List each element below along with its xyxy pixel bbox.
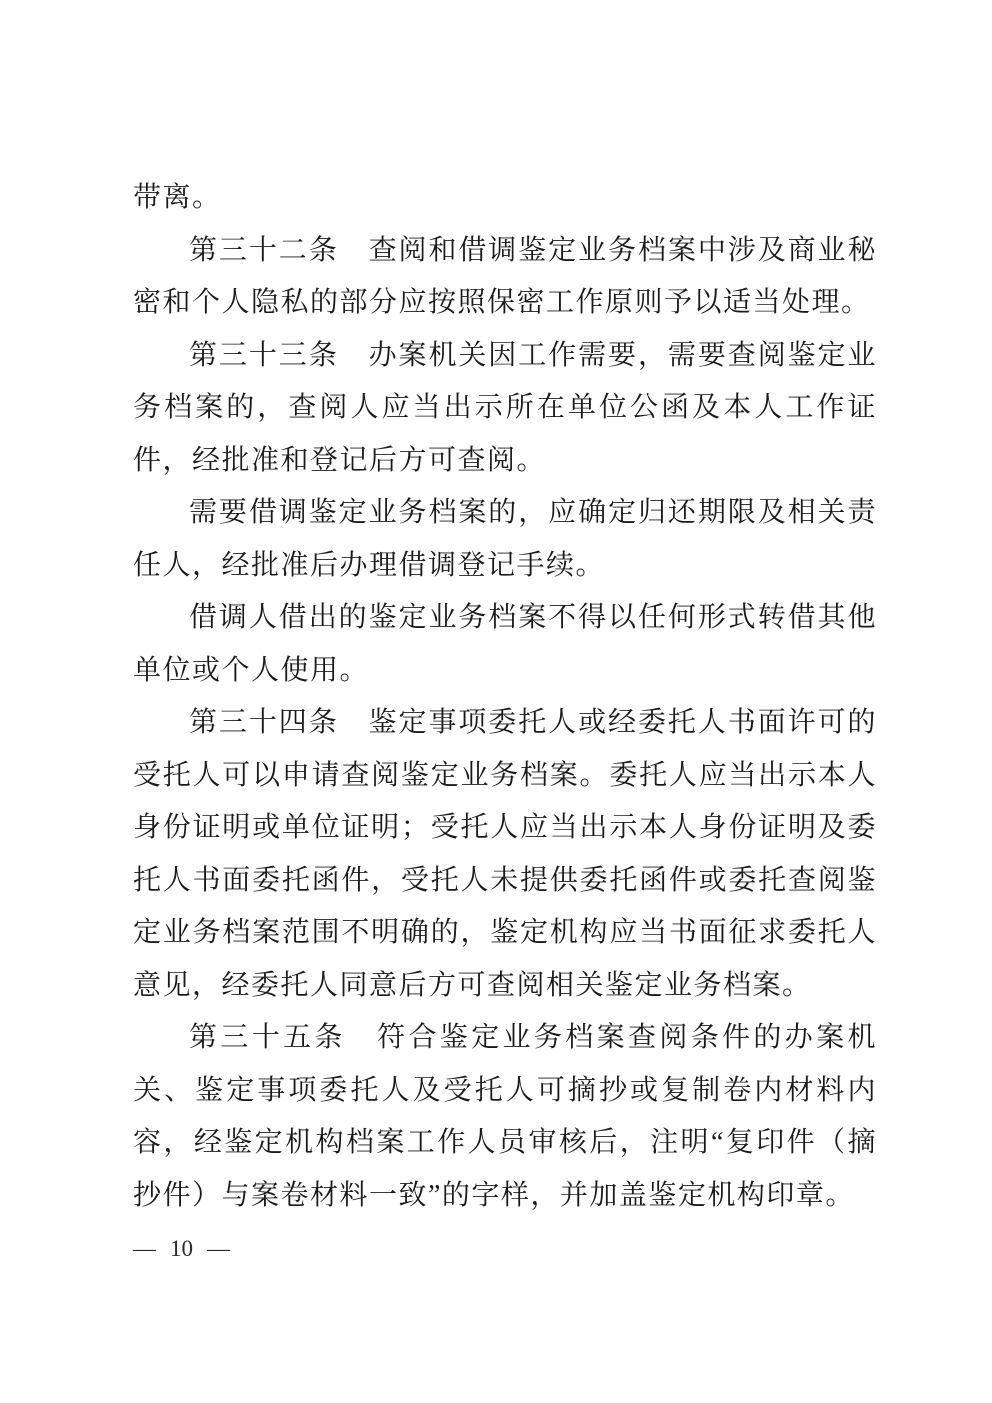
document-page: 带离。 第三十二条 查阅和借调鉴定业务档案中涉及商业秘密和个人隐私的部分应按照保… (0, 0, 992, 1403)
paragraph-article-33: 第三十三条 办案机关因工作需要，需要查阅鉴定业务档案的，查阅人应当出示所在单位公… (133, 330, 877, 488)
paragraph-carryover: 带离。 (133, 172, 877, 225)
paragraph-article-34: 第三十四条 鉴定事项委托人或经委托人书面许可的受托人可以申请查阅鉴定业务档案。委… (133, 697, 877, 1012)
document-body: 带离。 第三十二条 查阅和借调鉴定业务档案中涉及商业秘密和个人隐私的部分应按照保… (133, 172, 877, 1222)
page-number: 10 (170, 1236, 193, 1262)
footer-right-dash: — (207, 1236, 230, 1262)
paragraph-article-33-clause-2: 需要借调鉴定业务档案的，应确定归还期限及相关责任人，经批准后办理借调登记手续。 (133, 487, 877, 592)
paragraph-article-32: 第三十二条 查阅和借调鉴定业务档案中涉及商业秘密和个人隐私的部分应按照保密工作原… (133, 225, 877, 330)
paragraph-article-33-clause-3: 借调人借出的鉴定业务档案不得以任何形式转借其他单位或个人使用。 (133, 592, 877, 697)
footer-left-dash: — (133, 1236, 156, 1262)
page-footer: —10— (133, 1236, 230, 1262)
paragraph-article-35: 第三十五条 符合鉴定业务档案查阅条件的办案机关、鉴定事项委托人及受托人可摘抄或复… (133, 1012, 877, 1222)
